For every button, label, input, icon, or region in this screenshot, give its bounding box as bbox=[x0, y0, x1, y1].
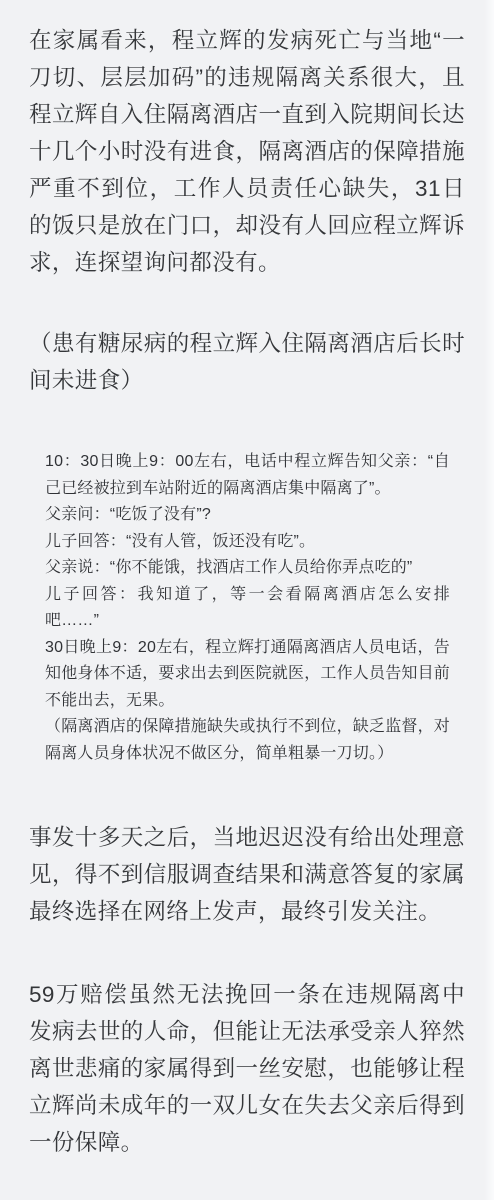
article-paragraph-family-view: 在家属看来，程立辉的发病死亡与当地“一刀切、层层加码”的违规隔离关系很大，且程立… bbox=[29, 22, 465, 281]
dialogue-quote-block: 10：30日晚上9：00左右，电话中程立辉告知父亲：“自己已经被拉到车站附近的隔… bbox=[45, 449, 450, 767]
quote-line: （隔离酒店的保障措施缺失或执行不到位，缺乏监督，对隔离人员身体状况不做区分，简单… bbox=[45, 714, 450, 767]
quote-line: 父亲问：“吃饭了没有”? bbox=[45, 502, 450, 529]
quote-line: 儿子回答：我知道了，等一会看隔离酒店怎么安排吧……” bbox=[45, 582, 450, 635]
article-paragraph-compensation: 59万赔偿虽然无法挽回一条在违规隔离中发病去世的人命，但能让无法承受亲人猝然离世… bbox=[29, 976, 465, 1161]
article-page: 在家属看来，程立辉的发病死亡与当地“一刀切、层层加码”的违规隔离关系很大，且程立… bbox=[0, 0, 494, 1200]
article-paragraph-diabetes-note: （患有糖尿病的程立辉入住隔离酒店后长时间未进食） bbox=[29, 325, 465, 399]
quote-line: 10：30日晚上9：00左右，电话中程立辉告知父亲：“自己已经被拉到车站附近的隔… bbox=[45, 449, 450, 502]
quote-line: 父亲说：“你不能饿，找酒店工作人员给你弄点吃的” bbox=[45, 555, 450, 582]
quote-line: 儿子回答：“没有人管，饭还没有吃”。 bbox=[45, 529, 450, 556]
article-paragraph-local-response: 事发十多天之后，当地迟迟没有给出处理意见，得不到信服调查结果和满意答复的家属最终… bbox=[29, 819, 465, 930]
quote-line: 30日晚上9：20左右，程立辉打通隔离酒店人员电话，告知他身体不适，要求出去到医… bbox=[45, 635, 450, 715]
